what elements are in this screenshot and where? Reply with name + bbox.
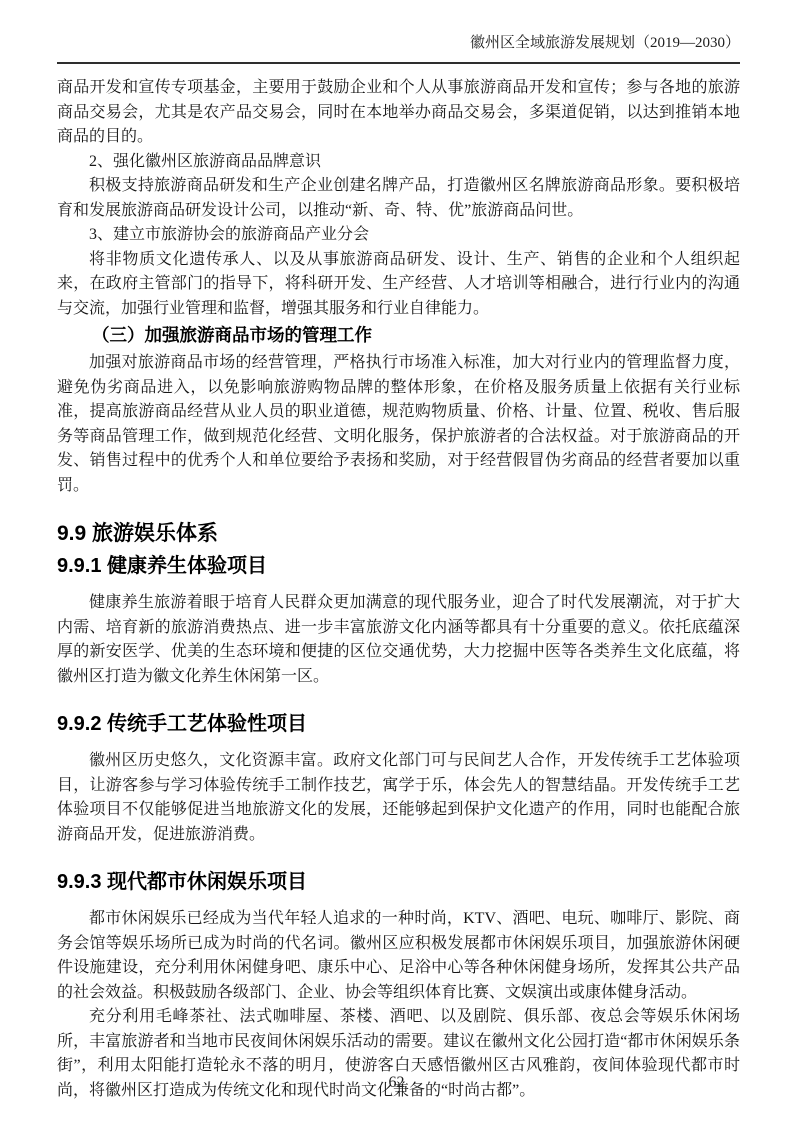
section-heading-9-9: 9.9 旅游娱乐体系 (57, 520, 740, 547)
document-page: 徽州区全域旅游发展规划（2019—2030） 商品开发和宣传专项基金，主要用于鼓… (0, 0, 793, 1122)
numbered-item-3: 3、建立市旅游协会的旅游商品产业分会 (57, 223, 740, 248)
header-title: 徽州区全域旅游发展规划（2019—2030） (470, 35, 740, 51)
subsection-heading-9-9-1: 9.9.1 健康养生体验项目 (57, 553, 740, 579)
paragraph: 徽州区历史悠久，文化资源丰富。政府文化部门可与民间艺人合作，开发传统手工艺体验项… (57, 749, 740, 847)
page-header: 徽州区全域旅游发展规划（2019—2030） (57, 0, 740, 64)
subsection-heading-9-9-3: 9.9.3 现代都市休闲娱乐项目 (57, 869, 740, 895)
page-number: 62 (389, 1074, 405, 1091)
paragraph: 都市休闲娱乐已经成为当代年轻人追求的一种时尚，KTV、酒吧、电玩、咖啡厅、影院、… (57, 907, 740, 1005)
subsection-heading-9-9-2: 9.9.2 传统手工艺体验性项目 (57, 711, 740, 737)
document-content: 商品开发和宣传专项基金，主要用于鼓励企业和个人从事旅游商品开发和宣传；参与各地的… (57, 76, 740, 1103)
paragraph: 积极支持旅游商品研发和生产企业创建名牌产品，打造徽州区名牌旅游商品形象。要积极培… (57, 174, 740, 223)
numbered-item-2: 2、强化徽州区旅游商品品牌意识 (57, 150, 740, 175)
heading-part-3: （三）加强旅游商品市场的管理工作 (57, 323, 740, 348)
paragraph: 健康养生旅游着眼于培育人民群众更加满意的现代服务业，迎合了时代发展潮流，对于扩大… (57, 591, 740, 689)
paragraph: 加强对旅游商品市场的经营管理，严格执行市场准入标准，加大对行业内的管理监督力度，… (57, 351, 740, 498)
paragraph-continued: 商品开发和宣传专项基金，主要用于鼓励企业和个人从事旅游商品开发和宣传；参与各地的… (57, 76, 740, 150)
paragraph: 将非物质文化遗传承人、以及从事旅游商品研发、设计、生产、销售的企业和个人组织起来… (57, 248, 740, 322)
page-footer: 62 (0, 1074, 793, 1092)
